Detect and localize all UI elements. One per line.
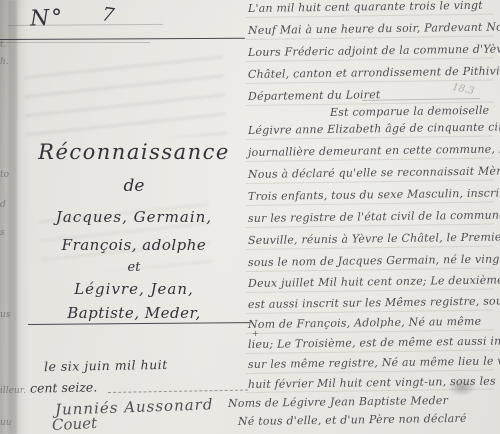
- margin-note-line: cent seize.: [30, 379, 97, 395]
- header-rule-dark: [0, 38, 245, 40]
- binding-gutter-strip: [8, 0, 17, 434]
- act-number-label: N°: [30, 5, 65, 31]
- body-text-line: Nous à déclaré qu'elle se reconnaissait …: [248, 164, 500, 181]
- edge-fragment: to: [0, 170, 9, 180]
- header-rule-faint: [8, 24, 163, 26]
- edge-fragment: uu: [0, 418, 12, 428]
- body-text-line: journallière demeurant en cette commune,…: [248, 142, 500, 159]
- margin-title-line: Baptiste, Meder,: [28, 304, 240, 322]
- body-text-line: Est comparue la demoiselle: [330, 102, 500, 119]
- edge-fragment: us: [0, 310, 10, 320]
- body-text-line: Légivre anne Elizabeth âgé de cinquante …: [248, 120, 500, 137]
- ink-smudge: [448, 378, 476, 396]
- body-text-line: sous le nom de Jacques Germain, né le vi…: [248, 252, 500, 269]
- margin-note-line: le six juin mil huit: [44, 357, 168, 374]
- edge-fragment: d: [0, 200, 6, 210]
- body-text-line: Né tous d'elle, et d'un Père non déclaré: [238, 411, 490, 428]
- margin-title-line: Réconnaissance: [28, 140, 240, 164]
- margin-note-dash-trail: [108, 390, 248, 393]
- registry-page-scan: N° 7 Réconnaissance de Jacques, Germain,…: [0, 0, 500, 434]
- body-text-line: Lours Fréderic adjoint de la commune d'Y…: [248, 42, 500, 59]
- body-text-line: sur les même registre, Né au même lieu l…: [248, 354, 500, 371]
- edge-fragment: s: [0, 228, 5, 238]
- margin-divider-line: [28, 322, 250, 325]
- margin-title-line: Légivre, Jean,: [28, 280, 240, 298]
- body-text-line: Châtel, canton et arrondissement de Pith…: [248, 64, 500, 81]
- header-rule-echo: [0, 42, 150, 43]
- body-text-line: Deux juillet Mil huit cent onze; Le deux…: [248, 273, 500, 290]
- body-text-line: est aussi inscrit sur les Mêmes registre…: [248, 294, 500, 311]
- edge-fragment: h.: [0, 57, 9, 67]
- edge-fragment: t.: [0, 40, 6, 50]
- body-text-line: Seuville, réunis à Yèvre le Châtel, le P…: [248, 230, 500, 247]
- edge-fragment: illeur.: [0, 386, 26, 396]
- body-text-line: Trois enfants, tous du sexe Masculin, in…: [248, 186, 500, 203]
- insertion-plus-mark: +: [252, 329, 259, 338]
- body-text-line: Neuf Mai à une heure du soir, Pardevant …: [248, 20, 500, 37]
- margin-title-line: et: [28, 260, 240, 275]
- body-text-line: sur les registre de l'état civil de la c…: [248, 208, 500, 225]
- act-number-value: 7: [101, 3, 116, 26]
- body-text-line: Noms de Légivre Jean Baptiste Meder: [228, 393, 480, 410]
- margin-title-line: de: [28, 176, 240, 196]
- signature-flourish: Couet: [52, 414, 98, 434]
- margin-title-line: François, adolphe: [28, 236, 240, 254]
- body-text-line: Nom de François, Adolphe, Né au même: [248, 314, 500, 331]
- body-text-line: lieu; Le Troisième, est de même est auss…: [248, 334, 500, 351]
- bleedthrough-ghost-top: [23, 50, 227, 145]
- margin-title-line: Jacques, Germain,: [28, 208, 240, 226]
- body-text-line: L'an mil huit cent quarante trois le vin…: [248, 0, 500, 15]
